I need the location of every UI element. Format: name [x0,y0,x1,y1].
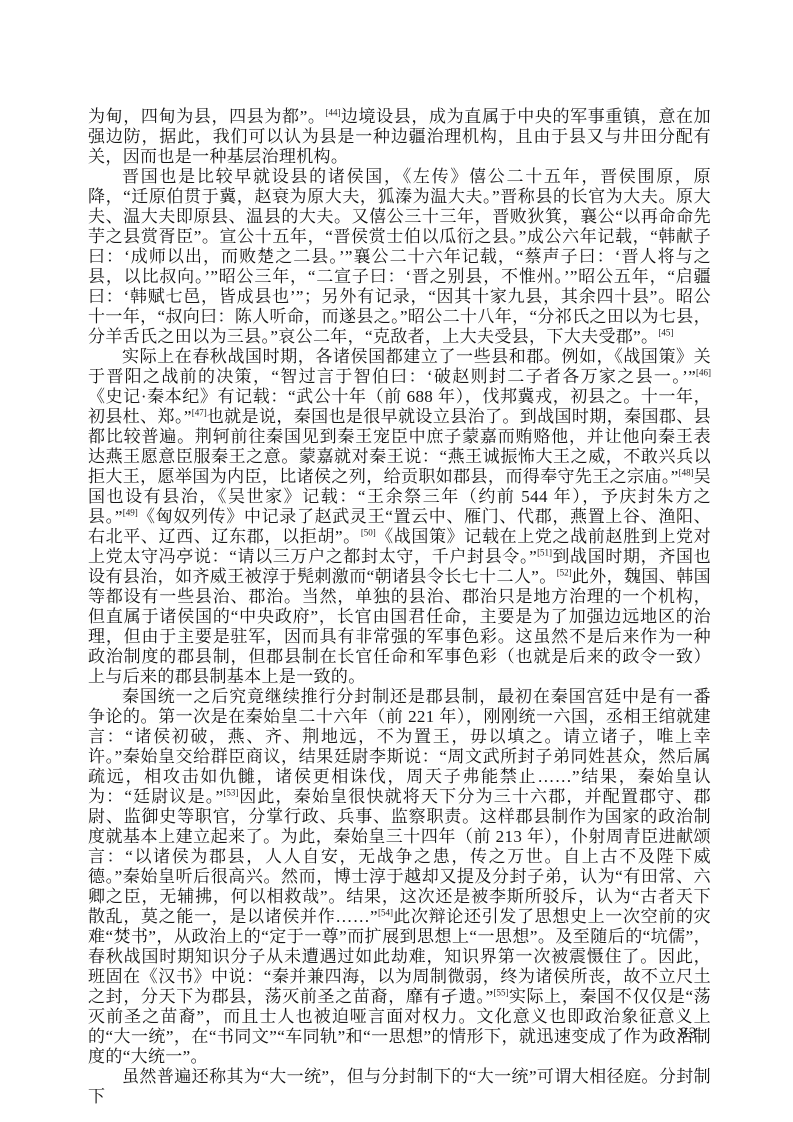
paragraph-continuation: 为甸，四甸为县，四县为都”。[44]边境设县，成为直属于中央的军事重镇，意在加强… [88,107,711,167]
paragraph-warring-states-counties: 实际上在春秋战国时期，各诸侯国都建立了一些县和郡。例如，《战国策》关于晋阳之战前… [88,347,711,687]
page-number: · 83 · [668,1024,709,1044]
document-page: 为甸，四甸为县，四县为都”。[44]边境设县，成为直属于中央的军事重镇，意在加强… [0,0,793,1122]
footnote-ref: [51] [537,547,552,557]
footnote-ref: [49] [123,507,138,517]
footnote-ref: [47] [192,407,207,417]
footnote-ref: [48] [679,467,694,477]
paragraph-jin-counties: 晋国也是比较早就设县的诸侯国，《左传》僖公二十五年，晋侯围原，原降，“迁原伯贯于… [88,167,711,347]
body-text: 为甸，四甸为县，四县为都”。[44]边境设县，成为直属于中央的军事重镇，意在加强… [88,107,711,1107]
footnote-ref: [45] [658,327,673,337]
footnote-ref: [46] [696,367,711,377]
paragraph-qin-debate: 秦国统一之后究竟继续推行分封制还是郡县制，最初在秦国宫廷中是有一番争论的。第一次… [88,687,711,1067]
footnote-ref: [50] [361,527,376,537]
footnote-ref: [54] [378,907,393,917]
footnote-ref: [55] [494,987,509,997]
footnote-ref: [44] [326,107,341,117]
footnote-ref: [52] [557,567,572,577]
footnote-ref: [53] [223,787,238,797]
paragraph-da-yitong: 虽然普遍还称其为“大一统”，但与分封制下的“大一统”可谓大相径庭。分封制下 [88,1067,711,1107]
